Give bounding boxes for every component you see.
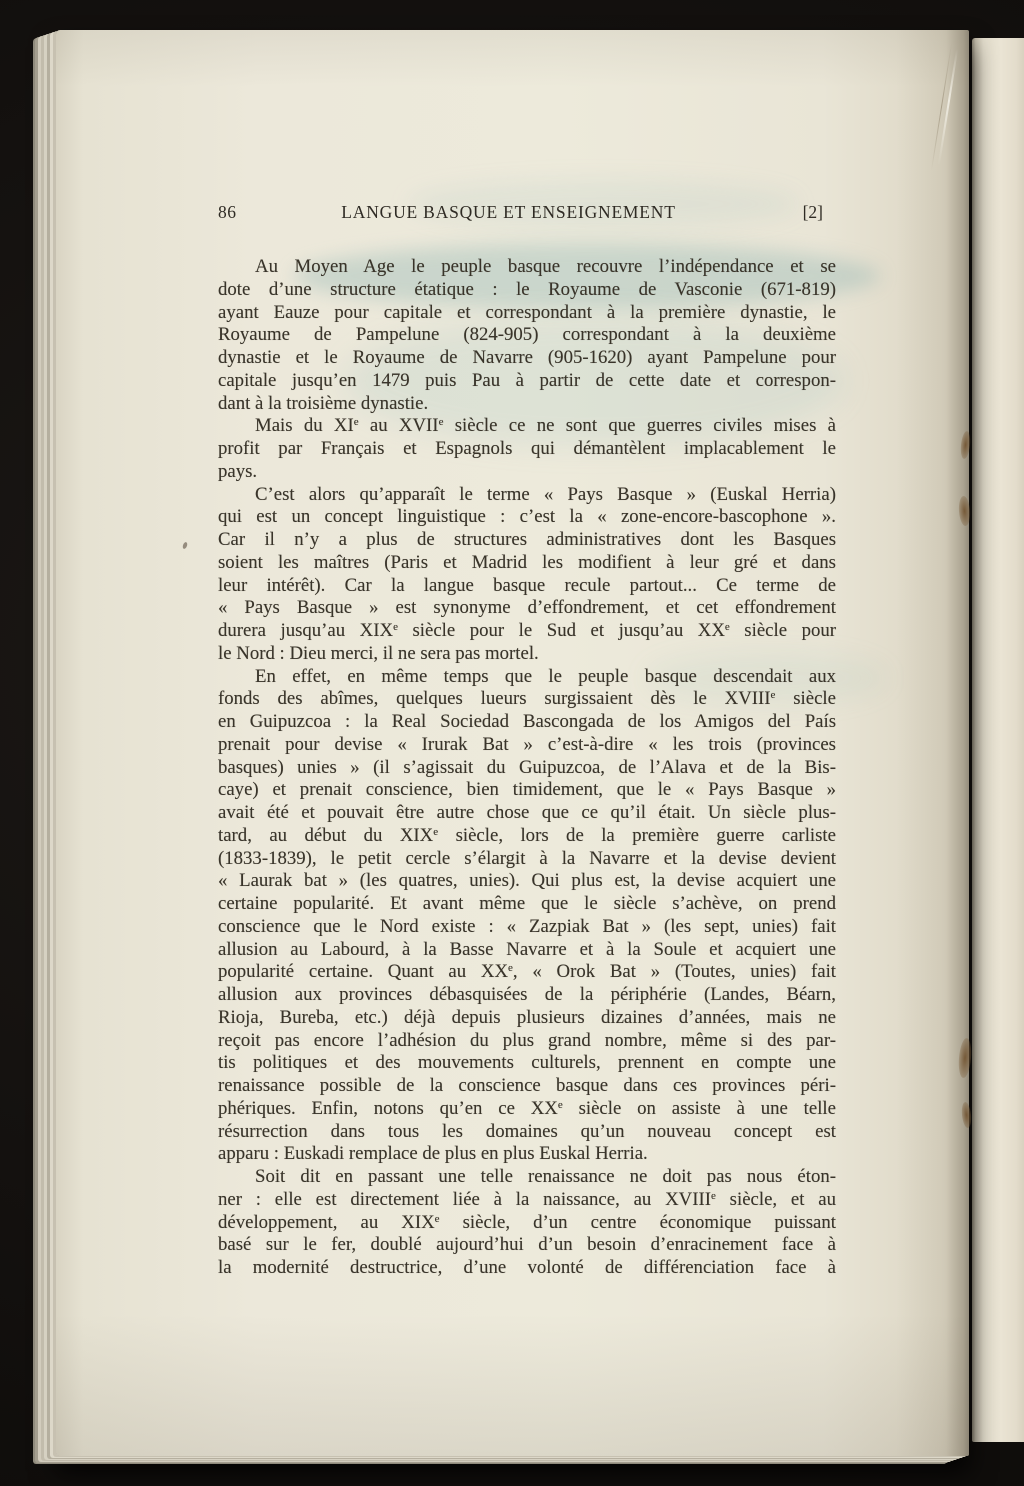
text-line: Car il n’y a plus de structures administ… [218,529,836,552]
text-line: dant à la troisième dynastie. [218,393,836,416]
text-line: ner : elle est directement liée à la nai… [218,1189,836,1212]
bracket-page-number: [2] [803,202,823,223]
text-line: popularité certaine. Quant au XXe, « Oro… [218,961,836,984]
text-line: basé sur le fer, doublé aujourd’hui d’un… [218,1234,836,1257]
text-line: qui est un concept linguistique : c’est … [218,506,836,529]
text-line: (1833-1839), le petit cercle s’élargit à… [218,848,836,871]
text-line: tard, au début du XIXe siècle, lors de l… [218,825,836,848]
paragraph: Soit dit en passant une telle renaissanc… [218,1166,836,1280]
paragraph: En effet, en même temps que le peuple ba… [218,666,836,1167]
text-line: prenait pour devise « Irurak Bat » c’est… [218,734,836,757]
text-line: développement, au XIXe siècle, d’un cent… [218,1212,836,1235]
text-line: ayant Eauze pour capitale et corresponda… [218,302,836,325]
text-line: Soit dit en passant une telle renaissanc… [218,1166,836,1189]
text-line: fonds des abîmes, quelques lueurs surgis… [218,688,836,711]
text-line: profit par Français et Espagnols qui dém… [218,438,836,461]
text-line: « Pays Basque » est synonyme d’effondrem… [218,597,836,620]
text-line: en Guipuzcoa : la Real Sociedad Basconga… [218,711,836,734]
body-text: Au Moyen Age le peuple basque recouvre l… [218,256,836,1280]
text-line: résurrection dans tous les domaines qu’u… [218,1121,836,1144]
text-line: « Laurak bat » (les quatres, unies). Qui… [218,870,836,893]
text-line: leur intérêt). Car la langue basque recu… [218,575,836,598]
text-line: C’est alors qu’apparaît le terme « Pays … [218,484,836,507]
text-line: durera jusqu’au XIXe siècle pour le Sud … [218,620,836,643]
paragraph: Au Moyen Age le peuple basque recouvre l… [218,256,836,415]
text-line: soient les maîtres (Paris et Madrid les … [218,552,836,575]
text-line: conscience que le Nord existe : « Zazpia… [218,916,836,939]
photographed-book-page: { "page": { "number": "86", "running_tit… [0,0,1024,1486]
text-line: Rioja, Bureba, etc.) déjà depuis plusieu… [218,1007,836,1030]
running-head: 86 LANGUE BASQUE ET ENSEIGNEMENT [2] [218,202,831,228]
text-line: reçoit pas encore l’adhésion du plus gra… [218,1030,836,1053]
text-line: le Nord : Dieu merci, il ne sera pas mor… [218,643,836,666]
text-line: phériques. Enfin, notons qu’en ce XXe si… [218,1098,836,1121]
text-line: certaine popularité. Et avant même que l… [218,893,836,916]
text-line: basques) unies » (il s’agissait du Guipu… [218,757,836,780]
text-line: pays. [218,461,836,484]
facing-page-edge [972,38,1024,1442]
text-line: Mais du XIe au XVIIe siècle ce ne sont q… [218,415,836,438]
text-line: capitale jusqu’en 1479 puis Pau à partir… [218,370,836,393]
text-line: allusion aux provinces débasquisées de l… [218,984,836,1007]
text-line: allusion au Labourd, à la Basse Navarre … [218,939,836,962]
paragraph: Mais du XIe au XVIIe siècle ce ne sont q… [218,415,836,483]
text-line: la modernité destructrice, d’une volonté… [218,1257,836,1280]
text-line: Au Moyen Age le peuple basque recouvre l… [218,256,836,279]
running-title: LANGUE BASQUE ET ENSEIGNEMENT [202,202,815,223]
text-line: avait été et pouvait être autre chose qu… [218,802,836,825]
text-line: renaissance possible de la conscience ba… [218,1075,836,1098]
text-line: dynastie et le Royaume de Navarre (905-1… [218,347,836,370]
text-line: apparu : Euskadi remplace de plus en plu… [218,1143,836,1166]
text-line: En effet, en même temps que le peuple ba… [218,666,836,689]
text-line: Royaume de Pampelune (824-905) correspon… [218,324,836,347]
text-line: dote d’une structure étatique : le Royau… [218,279,836,302]
text-line: caye) et prenait conscience, bien timide… [218,779,836,802]
paragraph: C’est alors qu’apparaît le terme « Pays … [218,484,836,666]
text-line: tis politiques et des mouvements culture… [218,1052,836,1075]
